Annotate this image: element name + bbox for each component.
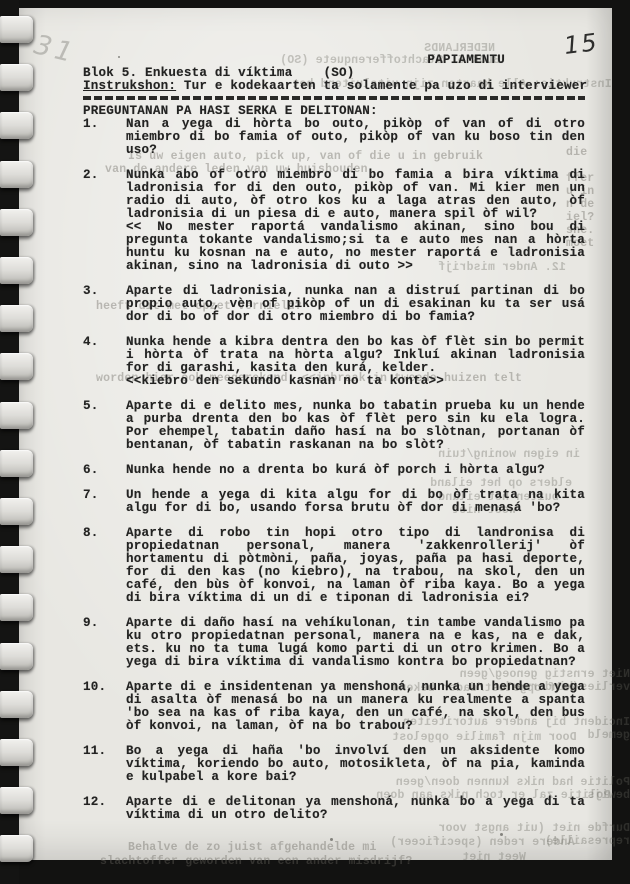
question-item: 3.Aparte di ladronisia, nunka nan a dist…	[83, 285, 585, 324]
question-number: 6.	[83, 464, 126, 477]
binding-loop	[0, 498, 33, 525]
question-item: 6.Nunka hende no a drenta bo kurá òf por…	[83, 464, 585, 477]
binding-loop	[0, 643, 33, 670]
binding-loop	[0, 787, 33, 814]
scanned-questionnaire-page: { "page": { "number": "15", "pencil_mark…	[0, 0, 630, 884]
binding-loop	[0, 739, 33, 766]
binding-loop	[0, 691, 33, 718]
question-text: Nunka hende a kibra dentra den bo kas òf…	[126, 336, 585, 388]
question-number: 3.	[83, 285, 126, 324]
binding-loop	[0, 305, 33, 332]
binding-loop	[0, 112, 33, 139]
questions-list: 1.Nan a yega di hòrta bo outo, pikòp of …	[83, 118, 585, 822]
question-item: 2.Nunka abo of otro miembro di bo famia …	[83, 169, 585, 273]
instruction-line: Instrukshon: Tur e kodekaarten ta solame…	[83, 80, 585, 93]
question-text: Bo a yega di haña 'bo involví den un aks…	[126, 745, 585, 784]
question-text: Aparte di robo tin hopi otro tipo di lan…	[126, 527, 585, 605]
question-item: 9.Aparte di daño hasí na vehíkulonan, ti…	[83, 617, 585, 669]
binding-loop	[0, 353, 33, 380]
question-number: 4.	[83, 336, 126, 388]
question-item: 11.Bo a yega di haña 'bo involví den un …	[83, 745, 585, 784]
scan-speck	[150, 262, 153, 265]
question-number: 7.	[83, 489, 126, 515]
question-number: 9.	[83, 617, 126, 669]
question-note: << No mester raportá vandalismo akinan, …	[126, 221, 585, 273]
question-text: Nunka hende no a drenta bo kurá òf porch…	[126, 464, 585, 477]
question-text: Un hende a yega di kita algu for di bo ò…	[126, 489, 585, 515]
paper-sheet: 15 31 PAPIAMENTU Blok 5. Enkuesta di vík…	[12, 8, 612, 860]
question-number: 5.	[83, 400, 126, 452]
question-number: 10.	[83, 681, 126, 733]
question-number: 12.	[83, 796, 126, 822]
binding-loop	[0, 64, 33, 91]
question-text: Aparte di e delito mes, nunka bo tabatin…	[126, 400, 585, 452]
question-text: Aparte di daño hasí na vehíkulonan, tin …	[126, 617, 585, 669]
question-text: Nunka abo of otro miembro di bo famia a …	[126, 169, 585, 273]
question-item: 12.Aparte di e delitonan ya menshoná, nu…	[83, 796, 585, 822]
scan-speck	[330, 838, 333, 841]
binding-loop	[0, 257, 33, 284]
question-item: 5.Aparte di e delito mes, nunka bo tabat…	[83, 400, 585, 452]
binding-loop	[0, 546, 33, 573]
question-number: 2.	[83, 169, 126, 273]
binding-loop	[0, 594, 33, 621]
question-text: Aparte di ladronisia, nunka nan a distru…	[126, 285, 585, 324]
binding-loop	[0, 16, 33, 43]
binding-loop	[0, 402, 33, 429]
question-item: 10.Aparte di e insidentenan ya menshoná,…	[83, 681, 585, 733]
binding-loop	[0, 209, 33, 236]
scan-speck	[500, 833, 503, 836]
question-item: 1.Nan a yega di hòrta bo outo, pikòp of …	[83, 118, 585, 157]
typed-content: PAPIAMENTU Blok 5. Enkuesta di víktima (…	[83, 54, 585, 822]
question-item: 8.Aparte di robo tin hopi otro tipo di l…	[83, 527, 585, 605]
separator-dashed-line	[83, 96, 585, 100]
question-text: Nan a yega di hòrta bo outo, pikòp of va…	[126, 118, 585, 157]
comb-binding	[0, 0, 40, 884]
question-text: Aparte di e insidentenan ya menshoná, nu…	[126, 681, 585, 733]
question-item: 7.Un hende a yega di kita algu for di bo…	[83, 489, 585, 515]
instruction-text: Tur e kodekaarten ta solamente pa uzo di…	[176, 79, 587, 93]
question-number: 11.	[83, 745, 126, 784]
question-item: 4.Nunka hende a kibra dentra den bo kas …	[83, 336, 585, 388]
binding-loop	[0, 161, 33, 188]
scan-speck	[118, 56, 120, 58]
question-text: Aparte di e delitonan ya menshoná, nunka…	[126, 796, 585, 822]
instruction-label: Instrukshon:	[83, 79, 176, 93]
binding-loop	[0, 450, 33, 477]
question-number: 8.	[83, 527, 126, 605]
question-number: 1.	[83, 118, 126, 157]
question-note: <<kiebro den sekundo kasnan no ta konta>…	[126, 375, 585, 388]
binding-loop	[0, 835, 33, 862]
